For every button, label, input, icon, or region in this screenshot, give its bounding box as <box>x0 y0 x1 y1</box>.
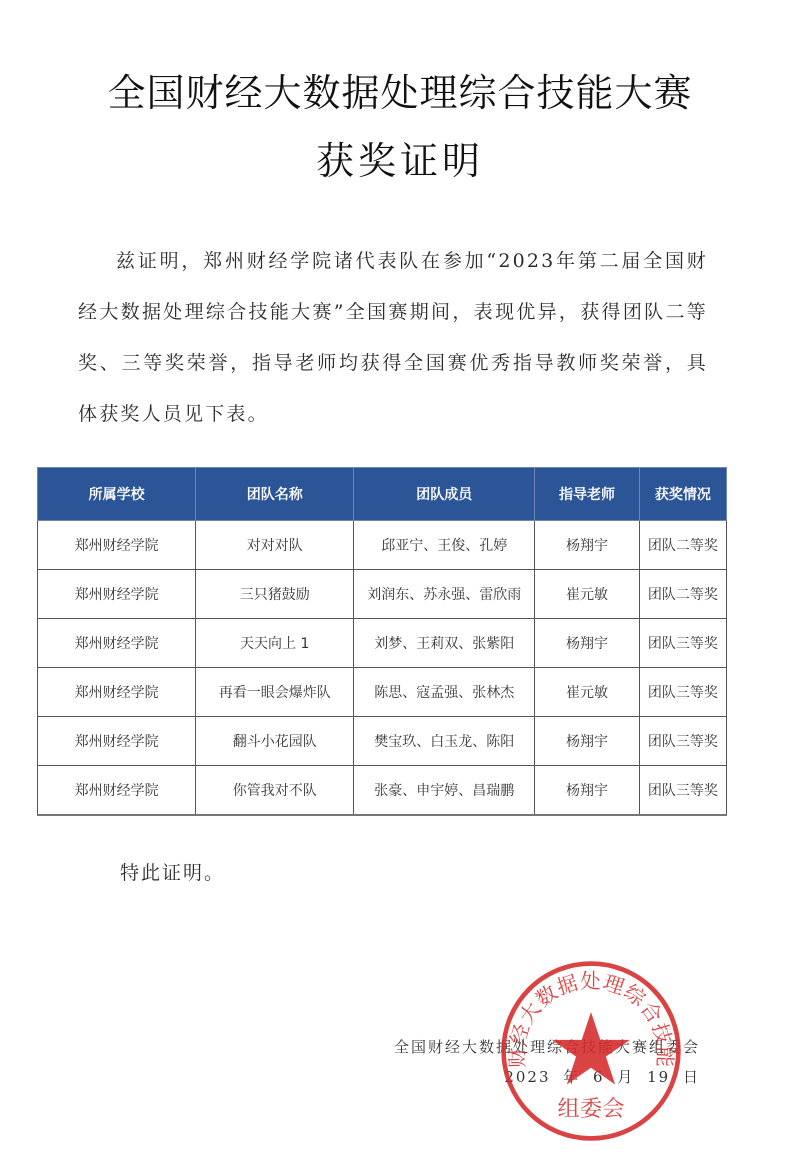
table-header-row: 所属学校 团队名称 团队成员 指导老师 获奖情况 <box>38 468 727 521</box>
column-header-award: 获奖情况 <box>639 468 726 521</box>
cell-school: 郑州财经学院 <box>38 570 196 619</box>
table-row: 郑州财经学院 再看一眼会爆炸队 陈思、寇孟强、张林杰 崔元敏 团队三等奖 <box>38 668 727 717</box>
cell-advisor: 杨翔宇 <box>535 717 640 766</box>
cell-members: 刘梦、王莉双、张紫阳 <box>354 619 535 668</box>
star-icon <box>552 1012 630 1085</box>
cell-award: 团队三等奖 <box>639 766 726 816</box>
cell-award: 团队三等奖 <box>639 668 726 717</box>
cell-team-name: 天天向上 1 <box>196 619 354 668</box>
cell-team-name: 对对对队 <box>196 521 354 570</box>
official-seal: 全国财经大数据处理综合技能大赛 组委会 <box>498 958 684 1144</box>
document-title: 全国财经大数据处理综合技能大赛 <box>0 62 800 117</box>
cell-award: 团队二等奖 <box>639 521 726 570</box>
column-header-advisor: 指导老师 <box>535 468 640 521</box>
cell-advisor: 崔元敏 <box>535 570 640 619</box>
column-header-members: 团队成员 <box>354 468 535 521</box>
cell-award: 团队二等奖 <box>639 570 726 619</box>
table-row: 郑州财经学院 你管我对不队 张豪、申宇婷、昌瑞鹏 杨翔宇 团队三等奖 <box>38 766 727 816</box>
awards-table: 所属学校 团队名称 团队成员 指导老师 获奖情况 郑州财经学院 对对对队 邱亚宁… <box>37 467 727 816</box>
cell-members: 刘润东、苏永强、雷欣雨 <box>354 570 535 619</box>
cell-advisor: 杨翔宇 <box>535 619 640 668</box>
cell-advisor: 崔元敏 <box>535 668 640 717</box>
cell-school: 郑州财经学院 <box>38 619 196 668</box>
cell-school: 郑州财经学院 <box>38 668 196 717</box>
cell-team-name: 再看一眼会爆炸队 <box>196 668 354 717</box>
closing-statement: 特此证明。 <box>120 858 225 885</box>
cell-team-name: 你管我对不队 <box>196 766 354 816</box>
document-subtitle: 获奖证明 <box>0 130 800 185</box>
cell-team-name: 三只猪鼓励 <box>196 570 354 619</box>
cell-members: 樊宝玖、白玉龙、陈阳 <box>354 717 535 766</box>
table-row: 郑州财经学院 对对对队 邱亚宁、王俊、孔婷 杨翔宇 团队二等奖 <box>38 521 727 570</box>
seal-center-text: 组委会 <box>558 1096 625 1122</box>
cell-award: 团队三等奖 <box>639 619 726 668</box>
cell-award: 团队三等奖 <box>639 717 726 766</box>
column-header-team-name: 团队名称 <box>196 468 354 521</box>
cell-advisor: 杨翔宇 <box>535 521 640 570</box>
cell-advisor: 杨翔宇 <box>535 766 640 816</box>
column-header-school: 所属学校 <box>38 468 196 521</box>
table-row: 郑州财经学院 三只猪鼓励 刘润东、苏永强、雷欣雨 崔元敏 团队二等奖 <box>38 570 727 619</box>
cell-members: 邱亚宁、王俊、孔婷 <box>354 521 535 570</box>
cell-school: 郑州财经学院 <box>38 521 196 570</box>
cell-members: 张豪、申宇婷、昌瑞鹏 <box>354 766 535 816</box>
cell-school: 郑州财经学院 <box>38 717 196 766</box>
table-row: 郑州财经学院 天天向上 1 刘梦、王莉双、张紫阳 杨翔宇 团队三等奖 <box>38 619 727 668</box>
certification-paragraph: 兹证明，郑州财经学院诸代表队在参加“2023年第二届全国财经大数据处理综合技能大… <box>78 236 708 440</box>
cell-members: 陈思、寇孟强、张林杰 <box>354 668 535 717</box>
cell-school: 郑州财经学院 <box>38 766 196 816</box>
table-row: 郑州财经学院 翻斗小花园队 樊宝玖、白玉龙、陈阳 杨翔宇 团队三等奖 <box>38 717 727 766</box>
cell-team-name: 翻斗小花园队 <box>196 717 354 766</box>
